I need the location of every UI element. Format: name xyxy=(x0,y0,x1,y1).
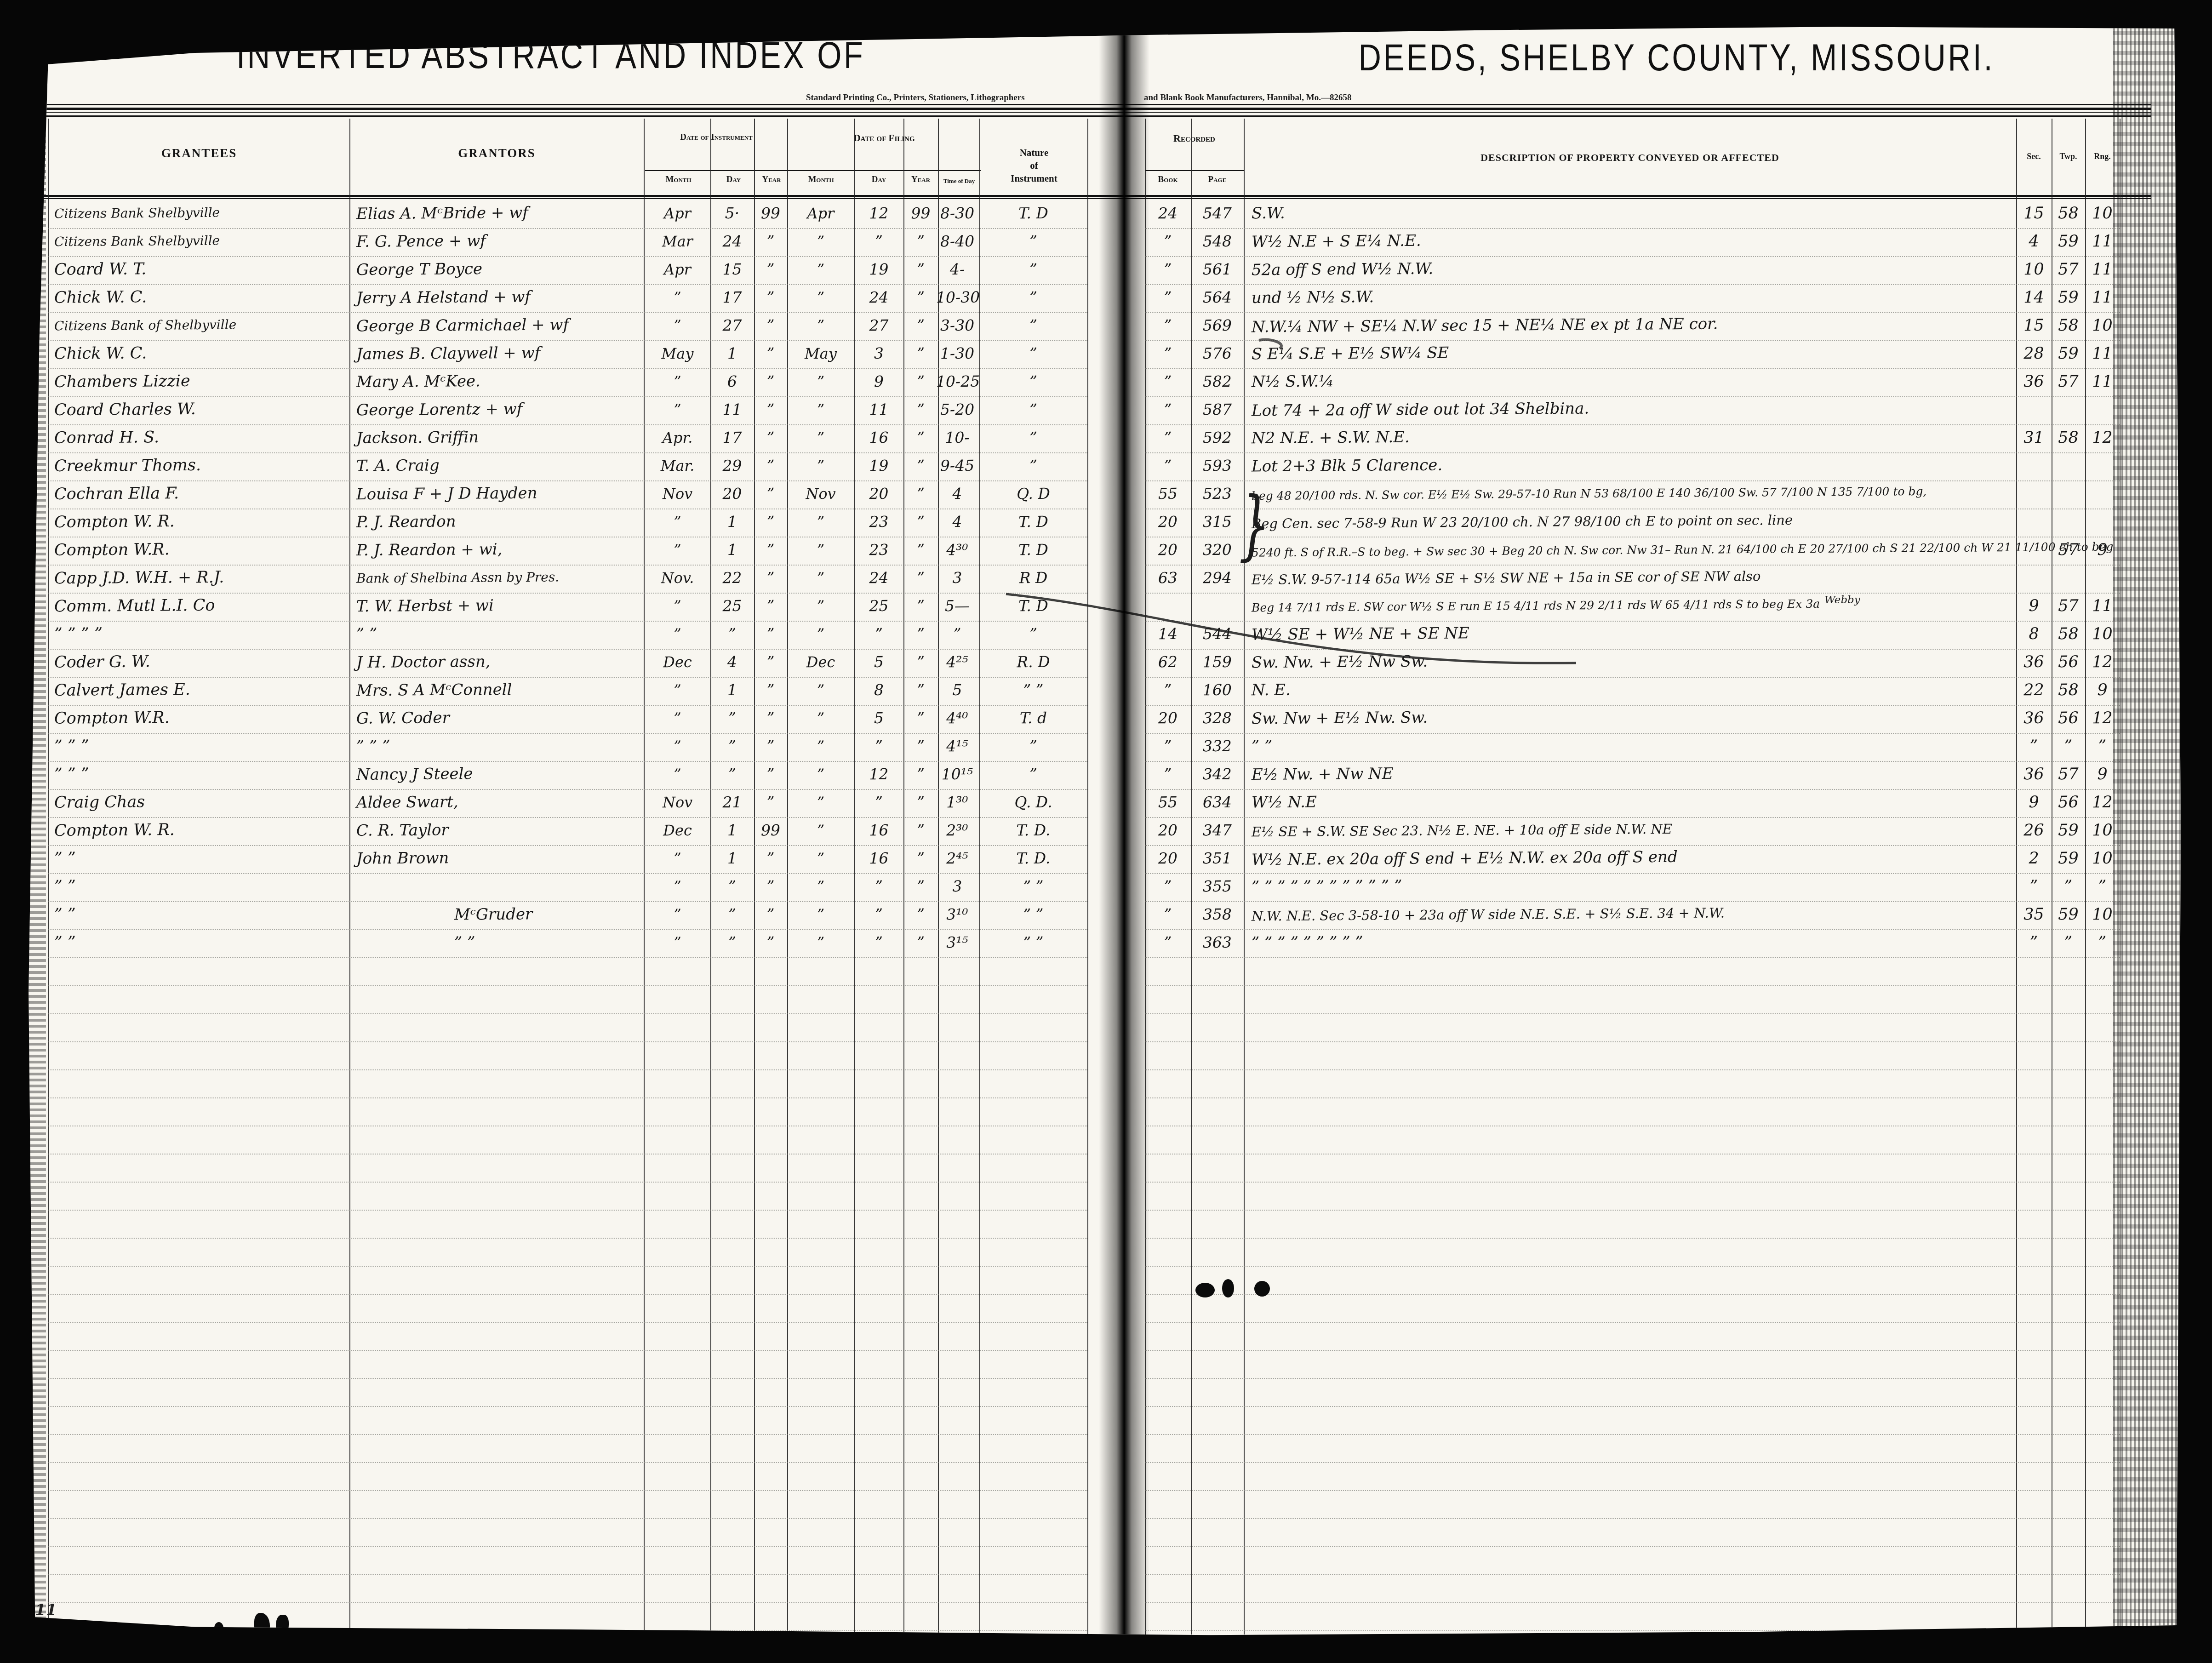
cell-im: ” xyxy=(645,368,710,395)
cell-n: Q. D. xyxy=(980,789,1086,816)
cell-gr: Jackson. Griffin xyxy=(356,424,479,451)
cell-pg: 523 xyxy=(1192,480,1243,508)
row-rule xyxy=(48,1434,1087,1435)
cell-iy: ” xyxy=(755,593,786,619)
cell-iy: ” xyxy=(755,929,786,956)
cell-fd: 19 xyxy=(855,256,903,283)
cell-gr: P. J. Reardon + wi, xyxy=(356,536,503,564)
row-rule xyxy=(48,1462,1087,1463)
cell-id: 1 xyxy=(711,340,753,367)
cell-s: 15 xyxy=(2017,312,2051,339)
cell-gr: Mary A. MᶜKee. xyxy=(356,368,480,395)
row-rule xyxy=(1145,1602,2120,1603)
cell-im: ” xyxy=(645,733,710,760)
col-header-nature-1: Nature xyxy=(981,147,1087,159)
cell-fm: ” xyxy=(788,424,853,451)
cell-fy: ” xyxy=(904,284,937,311)
cell-bk: 20 xyxy=(1146,705,1190,732)
cell-pg: 294 xyxy=(1192,565,1243,592)
ink-blot xyxy=(254,1613,270,1637)
cell-t: 4³⁰ xyxy=(936,537,978,564)
row-rule xyxy=(1145,677,2120,678)
cell-pg: 587 xyxy=(1192,396,1243,423)
cell-n: T. D. xyxy=(980,817,1086,844)
cell-t: 10-25 xyxy=(936,368,978,395)
cell-fy: ” xyxy=(904,368,937,395)
cell-fm: ” xyxy=(788,929,853,956)
cell-bk: 20 xyxy=(1146,817,1190,844)
cell-fd: 27 xyxy=(855,312,903,339)
cell-s: 8 xyxy=(2017,621,2051,648)
cell-fd: ” xyxy=(855,789,903,816)
column-rule xyxy=(48,119,49,1634)
cell-r: 10 xyxy=(2086,312,2119,339)
page-title-right: DEEDS, SHELBY COUNTY, MISSOURI. xyxy=(1358,37,1995,79)
cell-fm: ” xyxy=(788,284,853,311)
cell-t: 3 xyxy=(936,565,978,592)
row-rule xyxy=(48,1210,1087,1211)
cell-im: ” xyxy=(645,901,710,928)
cell-gr: Aldee Swart, xyxy=(356,789,458,816)
cell-im: Mar xyxy=(645,228,710,255)
cell-fm: ” xyxy=(788,817,853,844)
cell-fm: ” xyxy=(788,312,853,339)
cell-bk: ” xyxy=(1146,284,1190,311)
cell-im: Apr xyxy=(645,200,710,227)
cell-t: 4 xyxy=(936,509,978,536)
cell-im: ” xyxy=(645,677,710,704)
cell-id: 1 xyxy=(711,817,753,844)
cell-r: 12 xyxy=(2086,789,2119,816)
cell-im: ” xyxy=(645,593,710,620)
cell-fy: ” xyxy=(904,761,937,788)
cell-t: 2³⁰ xyxy=(936,817,978,844)
cell-d: E½ SE + S.W. SE Sec 23. N½ E. NE. + 10a … xyxy=(1252,816,1672,845)
row-rule xyxy=(1145,1434,2120,1435)
cell-gr: Bank of Shelbina Assn by Pres. xyxy=(356,564,560,592)
ink-blot xyxy=(214,1622,223,1634)
cell-t: 2⁴⁵ xyxy=(936,845,978,872)
cell-fm: ” xyxy=(788,593,853,620)
cell-fm: ” xyxy=(788,396,853,423)
cell-tw: ” xyxy=(2052,873,2084,900)
cell-s: 2 xyxy=(2017,845,2051,872)
cell-fm: ” xyxy=(788,621,853,648)
cell-fd: 24 xyxy=(855,284,903,311)
cell-r: 11 xyxy=(2086,340,2119,367)
cell-im: ” xyxy=(645,312,710,339)
cell-im: ” xyxy=(645,396,710,423)
cell-im: May xyxy=(645,340,710,367)
cell-tw: 58 xyxy=(2052,621,2084,647)
cell-d: N½ S.W.¼ xyxy=(1252,368,1334,395)
cell-fd: 11 xyxy=(855,396,903,423)
cell-r: 11 xyxy=(2086,228,2119,255)
cell-pg: 358 xyxy=(1192,901,1243,928)
cell-t: 4 xyxy=(936,480,978,508)
cell-fm: Nov xyxy=(788,480,853,508)
cell-pg: 544 xyxy=(1192,621,1243,648)
cell-d: 52a off S end W½ N.W. xyxy=(1252,256,1434,284)
header-mid-rule-dates xyxy=(645,170,981,171)
cell-im: Apr. xyxy=(645,424,710,451)
cell-pg: 159 xyxy=(1192,649,1243,676)
cell-ge: ” ” ” xyxy=(54,761,89,788)
binding-gutter xyxy=(1099,14,1149,1643)
cell-id: 22 xyxy=(711,565,753,592)
col-header-grantees: GRANTEES xyxy=(50,146,349,160)
cell-id: 1 xyxy=(711,537,753,564)
cell-ge: Citizens Bank Shelbyville xyxy=(54,228,220,256)
cell-im: ” xyxy=(645,873,710,900)
cell-ge: ” ” ” ” xyxy=(54,621,103,648)
cell-r: 11 xyxy=(2086,256,2119,283)
cell-im: ” xyxy=(645,845,710,872)
row-rule xyxy=(48,1518,1087,1519)
cell-d: E½ Nw. + Nw NE xyxy=(1252,760,1394,788)
cell-ge: Compton W.R. xyxy=(54,704,170,732)
cell-fd: ” xyxy=(855,621,903,648)
cell-d: S.W. xyxy=(1252,200,1285,227)
cell-iy: ” xyxy=(755,509,786,535)
cell-ge: ” ” xyxy=(54,929,76,956)
cell-iy: 99 xyxy=(755,200,786,227)
cell-r: 10 xyxy=(2086,621,2119,647)
cell-tw: 57 xyxy=(2052,593,2084,619)
cell-id: 20 xyxy=(711,480,753,508)
cell-fd: 19 xyxy=(855,452,903,480)
ink-blot xyxy=(1222,1279,1234,1297)
row-rule xyxy=(48,1097,1087,1098)
cell-id: 21 xyxy=(711,789,753,816)
cell-n: ” ” xyxy=(980,873,1086,900)
cell-tw: 57 xyxy=(2052,761,2084,788)
cell-d: Lot 2+3 Blk 5 Clarence. xyxy=(1252,452,1443,480)
cell-t: 5— xyxy=(936,593,978,620)
cell-t: 5-20 xyxy=(936,396,978,423)
cell-t: 8-30 xyxy=(936,200,978,227)
cell-n: ” xyxy=(980,312,1086,339)
cell-fy: ” xyxy=(904,593,937,619)
brace-mark: } xyxy=(1239,480,1270,569)
printer-imprint-left: Standard Printing Co., Printers, Station… xyxy=(806,93,1025,103)
cell-d: ” ” ” ” ” ” ” ” ” ” ” ” xyxy=(1252,873,1402,900)
cell-bk: ” xyxy=(1146,256,1190,283)
column-rule xyxy=(1244,119,1245,1634)
cell-bk: 63 xyxy=(1146,565,1190,592)
cell-n: T. D xyxy=(980,536,1086,564)
cell-ge: Craig Chas xyxy=(54,789,145,816)
cell-pg: 561 xyxy=(1192,256,1243,283)
cell-im: Mar. xyxy=(645,452,710,480)
cell-iy: ” xyxy=(755,284,786,311)
cell-r: 9 xyxy=(2086,537,2119,563)
ink-blot xyxy=(276,1615,289,1637)
cell-fd: ” xyxy=(855,901,903,928)
cell-pg: 160 xyxy=(1192,677,1243,704)
cell-iy: ” xyxy=(755,789,786,816)
cell-gr: George Lorentz + wf xyxy=(356,396,523,424)
column-rule xyxy=(349,119,350,1634)
row-rule xyxy=(48,1602,1087,1603)
cell-pg: 547 xyxy=(1192,200,1243,227)
cell-iy: ” xyxy=(755,537,786,563)
cell-n: R. D xyxy=(980,648,1086,676)
row-rule xyxy=(1145,1630,2120,1631)
row-rule xyxy=(1145,1266,2120,1267)
cell-id: ” xyxy=(711,761,753,788)
cell-n: ” xyxy=(980,732,1086,760)
row-rule xyxy=(48,1378,1087,1379)
cell-iy: ” xyxy=(755,368,786,395)
subheader-filing-day: Day xyxy=(854,175,903,185)
cell-pg: 548 xyxy=(1192,228,1243,255)
cell-tw: 56 xyxy=(2052,789,2084,816)
cell-im: Apr xyxy=(645,256,710,283)
cell-t: 3¹⁵ xyxy=(936,929,978,956)
cell-im: Dec xyxy=(645,649,710,676)
cell-iy: ” xyxy=(755,761,786,788)
cell-iy: ” xyxy=(755,677,786,703)
cell-r: 10 xyxy=(2086,901,2119,928)
row-rule xyxy=(48,1546,1087,1547)
column-rule xyxy=(1087,119,1088,1634)
cell-gr: F. G. Pence + wf xyxy=(356,228,486,255)
cell-fy: ” xyxy=(904,873,937,900)
cell-bk: ” xyxy=(1146,761,1190,788)
cell-gr: MᶜGruder xyxy=(454,901,533,928)
cell-r: 10 xyxy=(2086,845,2119,872)
cell-n: T. D xyxy=(980,592,1086,620)
cell-ge: Coard W. T. xyxy=(54,256,147,283)
cell-d: N.W. N.E. Sec 3-58-10 + 23a off W side N… xyxy=(1252,899,1725,929)
cell-d: Beg Cen. sec 7-58-9 Run W 23 20/100 ch. … xyxy=(1252,507,1793,537)
cell-gr: ” ” xyxy=(454,929,475,956)
cell-n: T. d xyxy=(980,704,1086,732)
cell-n: T. D. xyxy=(980,845,1086,872)
row-rule xyxy=(48,1238,1087,1239)
cell-fm: May xyxy=(788,340,853,367)
top-rule-4 xyxy=(27,115,2151,117)
cell-tw: 56 xyxy=(2052,649,2084,675)
cell-tw: 59 xyxy=(2052,817,2084,844)
cell-im: Nov xyxy=(645,789,710,816)
row-rule xyxy=(1145,733,2120,734)
cell-pg: 564 xyxy=(1192,284,1243,311)
cell-t: 4- xyxy=(936,256,978,283)
cell-s: 28 xyxy=(2017,340,2051,367)
cell-fy: ” xyxy=(904,929,937,956)
row-rule xyxy=(1145,1097,2120,1098)
cell-n: ” xyxy=(980,620,1086,648)
cell-id: 11 xyxy=(711,396,753,423)
cell-fm: ” xyxy=(788,368,853,395)
top-rule-2 xyxy=(27,108,2151,110)
cell-fy: ” xyxy=(904,677,937,703)
cell-pg: 576 xyxy=(1192,340,1243,367)
cell-bk: 20 xyxy=(1146,509,1190,536)
cell-t: 8-40 xyxy=(936,228,978,255)
cell-fm: ” xyxy=(788,509,853,536)
row-rule xyxy=(48,1406,1087,1407)
cell-n: ” xyxy=(980,424,1086,451)
cell-fy: ” xyxy=(904,565,937,591)
corner-page-mark: 11 xyxy=(35,1601,57,1619)
cell-pg: 342 xyxy=(1192,761,1243,788)
row-rule xyxy=(48,1182,1087,1183)
cell-pg: 582 xyxy=(1192,368,1243,395)
cell-bk: ” xyxy=(1146,452,1190,480)
cell-fm: ” xyxy=(788,537,853,564)
cell-fy: ” xyxy=(904,845,937,872)
cell-fy: ” xyxy=(904,424,937,451)
cell-fd: 16 xyxy=(855,424,903,451)
cell-id: 1 xyxy=(711,845,753,872)
cell-ge: Cochran Ella F. xyxy=(54,480,179,508)
cell-n: T. D xyxy=(980,200,1086,227)
cell-bk: ” xyxy=(1146,733,1190,760)
cell-iy: ” xyxy=(755,340,786,367)
cell-bk: 55 xyxy=(1146,789,1190,816)
cell-s: 36 xyxy=(2017,368,2051,395)
cell-pg: 593 xyxy=(1192,452,1243,480)
cell-fd: ” xyxy=(855,929,903,956)
cell-tw: 58 xyxy=(2052,677,2084,703)
cell-d: Beg 14 7/11 rds E. SW cor W½ S E run E 1… xyxy=(1252,591,1820,622)
row-rule xyxy=(48,1041,1087,1042)
cell-pg: 355 xyxy=(1192,873,1243,900)
cell-fd: 16 xyxy=(855,817,903,844)
cell-bk: 62 xyxy=(1146,649,1190,676)
cell-d: beg 48 20/100 rds. N. Sw cor. E½ E½ Sw. … xyxy=(1252,478,1927,509)
cell-tw: ” xyxy=(2052,733,2084,760)
header-mid-rule-recorded xyxy=(1145,170,1244,171)
cell-bk: ” xyxy=(1146,929,1190,956)
cell-d: W½ N.E. ex 20a off S end + E½ N.W. ex 20… xyxy=(1252,844,1678,873)
cell-iy: ” xyxy=(755,396,786,423)
row-rule xyxy=(1145,1490,2120,1491)
cell-id: 29 xyxy=(711,452,753,480)
cell-id: ” xyxy=(711,733,753,760)
col-header-grantors: GRANTORS xyxy=(351,146,643,160)
cell-s: 9 xyxy=(2017,593,2051,620)
row-rule xyxy=(1145,1182,2120,1183)
cell-fy: ” xyxy=(904,340,937,367)
cell-id: 1 xyxy=(711,677,753,704)
cell-gr: P. J. Reardon xyxy=(356,508,456,536)
cell-ge: Chick W. C. xyxy=(54,284,147,311)
cell-id: ” xyxy=(711,901,753,928)
cell-t: 10- xyxy=(936,424,978,451)
cell-pg: 332 xyxy=(1192,733,1243,760)
cell-fy: ” xyxy=(904,733,937,760)
cell-id: 1 xyxy=(711,509,753,536)
cell-n: T. D xyxy=(980,508,1086,536)
cell-fd: 23 xyxy=(855,509,903,536)
cell-id: 4 xyxy=(711,649,753,676)
cell-fd: 12 xyxy=(855,200,903,227)
cell-fy: ” xyxy=(904,509,937,535)
cell-iy: ” xyxy=(755,901,786,928)
cell-iy: ” xyxy=(755,228,786,255)
cell-s: 22 xyxy=(2017,677,2051,704)
cell-t: 3 xyxy=(936,873,978,900)
cell-gr: George B Carmichael + wf xyxy=(356,311,569,339)
cell-t: 10-30 xyxy=(936,284,978,311)
cell-fd: ” xyxy=(855,873,903,900)
cell-gr: John Brown xyxy=(356,845,449,872)
cell-gr: Nancy J Steele xyxy=(356,760,473,788)
cell-ge: ” ” xyxy=(54,901,76,928)
cell-t: 4²⁵ xyxy=(936,649,978,676)
cell-bk: 24 xyxy=(1146,200,1190,227)
cell-fy: 99 xyxy=(904,200,937,227)
cell-fm: ” xyxy=(788,452,853,480)
cell-id: ” xyxy=(711,621,753,648)
cell-bk: ” xyxy=(1146,873,1190,900)
cell-iy: ” xyxy=(755,733,786,760)
cell-fm: ” xyxy=(788,761,853,788)
cell-im: ” xyxy=(645,929,710,956)
cell-iy: ” xyxy=(755,312,786,339)
cell-im: ” xyxy=(645,537,710,564)
cell-iy: ” xyxy=(755,649,786,675)
cell-fm: ” xyxy=(788,873,853,900)
cell-s: 36 xyxy=(2017,761,2051,788)
cell-tw: 57 xyxy=(2052,256,2084,283)
cell-fd: 3 xyxy=(855,340,903,367)
col-header-description: DESCRIPTION OF PROPERTY CONVEYED OR AFFE… xyxy=(1244,152,2016,164)
cell-fm: ” xyxy=(788,705,853,732)
cell-im: Dec xyxy=(645,817,710,844)
cell-gr: J H. Doctor assn, xyxy=(356,648,491,676)
cell-ge: Coard Charles W. xyxy=(54,396,196,423)
cell-ge: Citizens Bank Shelbyville xyxy=(54,200,220,228)
cell-ge: Compton W. R. xyxy=(54,817,175,844)
col-header-date-of-instrument: Date of Instrument xyxy=(645,132,788,143)
cell-fm: ” xyxy=(788,565,853,592)
cell-ge: Chambers Lizzie xyxy=(54,368,190,395)
cell-fd: 9 xyxy=(855,368,903,395)
cell-fm: ” xyxy=(788,228,853,255)
cell-fy: ” xyxy=(904,537,937,563)
cell-t: ” xyxy=(936,621,978,648)
cell-r: ” xyxy=(2086,733,2119,760)
cell-ge: Comm. Mutl L.I. Co xyxy=(54,592,215,620)
top-rule-1 xyxy=(27,104,2151,105)
cell-t: 5 xyxy=(936,677,978,704)
cell-id: 5· xyxy=(711,200,753,227)
cell-t: 1³⁰ xyxy=(936,789,978,816)
row-rule xyxy=(1145,1154,2120,1154)
cell-tw: 59 xyxy=(2052,228,2084,255)
cell-n: ” xyxy=(980,340,1086,367)
cell-fm: Dec xyxy=(788,649,853,676)
cell-id: 27 xyxy=(711,312,753,339)
row-rule xyxy=(1145,1378,2120,1379)
cell-n: ” xyxy=(980,452,1086,480)
cell-bk: 20 xyxy=(1146,845,1190,872)
cell-pg: 347 xyxy=(1192,817,1243,844)
cell-ge: Conrad H. S. xyxy=(54,424,160,451)
cell-bk: ” xyxy=(1146,396,1190,423)
cell-id: 24 xyxy=(711,228,753,255)
cell-im: ” xyxy=(645,509,710,536)
cell-fd: 24 xyxy=(855,565,903,592)
cell-r: 10 xyxy=(2086,200,2119,227)
cell-im: ” xyxy=(645,761,710,788)
row-rule xyxy=(1145,1350,2120,1351)
